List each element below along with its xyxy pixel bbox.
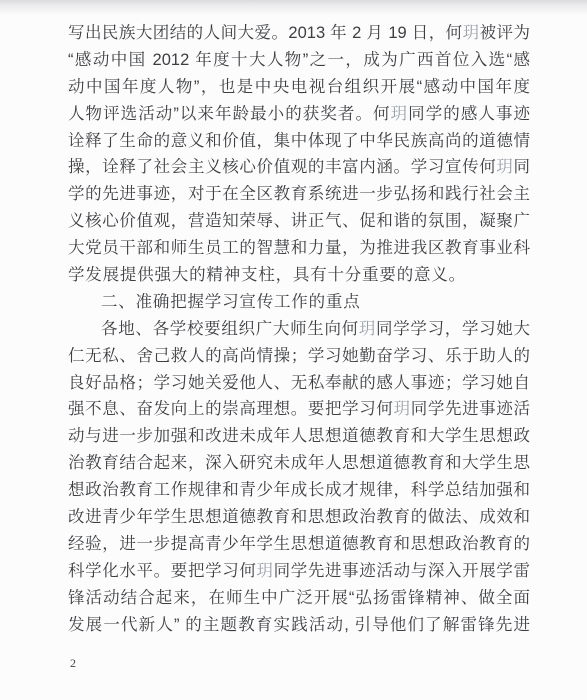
document-lines: 写出民族大团结的人间大爱。2013 年 2 月 19 日，何玥被评为“感动中国 … (68, 20, 530, 638)
faded-character: 玥 (496, 158, 513, 176)
section-heading: 二、准确把握学习宣传工作的重点 (68, 289, 530, 316)
text-line: 大党员干部和师生员工的智慧和力量，为推进我区教育事业科 (68, 235, 530, 262)
text-line: 动与进一步加强和改进未成年人思想道德教育和大学生思想政 (68, 423, 530, 450)
text-line: 锋活动结合起来，在师生中广泛开展“弘扬雷锋精神、做全面 (68, 585, 530, 612)
page-top-shadow (0, 0, 587, 15)
text-line: 操，诠释了社会主义核心价值观的丰富内涵。学习宣传何玥同 (68, 154, 530, 181)
text-line: 义核心价值观，营造知荣辱、讲正气、促和谐的氛围，凝聚广 (68, 208, 530, 235)
text-line: 治教育结合起来，深入研究未成年人思想道德教育和大学生思 (68, 450, 530, 477)
faded-character: 玥 (463, 24, 480, 42)
text-line: 仁无私、舍己救人的高尚情操；学习她勤奋学习、乐于助人的 (68, 343, 530, 370)
document-page: { "page": { "number": "2", "background":… (0, 0, 587, 700)
text-line: 科学化水平。要把学习何玥同学先进事迹活动与深入开展学雷 (68, 558, 530, 585)
text-line: 改进青少年学生思想道德教育和思想政治教育的做法、成效和 (68, 504, 530, 531)
text-line: 强不息、奋发向上的崇高理想。要把学习何玥同学先进事迹活 (68, 396, 530, 423)
text-line: 学的先进事迹，对于在全区教育系统进一步弘扬和践行社会主 (68, 181, 530, 208)
text-line: 各地、各学校要组织广大师生向何玥同学学习，学习她大 (68, 316, 530, 343)
text-line: 写出民族大团结的人间大爱。2013 年 2 月 19 日，何玥被评为 (68, 20, 530, 47)
text-line: 经验，进一步提高青少年学生思想道德教育和思想政治教育的 (68, 531, 530, 558)
text-line: “感动中国 2012 年度十大人物”之一，成为广西首位入选“感 (68, 47, 530, 74)
faded-character: 玥 (256, 562, 273, 580)
text-line: 发展一代新人” 的主题教育实践活动, 引导他们了解雷锋先进 (68, 612, 530, 639)
text-line: 良好品格；学习她关爱他人、无私奉献的感人事迹；学习她自 (68, 370, 530, 397)
text-line: 动中国年度人物”，也是中央电视台组织开展“感动中国年度 (68, 74, 530, 101)
faded-character: 玥 (391, 105, 409, 123)
text-line: 人物评选活动”以来年龄最小的获奖者。何玥同学的感人事迹 (68, 101, 530, 128)
document-body: 写出民族大团结的人间大爱。2013 年 2 月 19 日，何玥被评为“感动中国 … (68, 20, 530, 638)
faded-character: 玥 (359, 320, 376, 338)
text-line: 诠释了生命的意义和价值，集中体现了中华民族高尚的道德情 (68, 128, 530, 155)
page-number: 2 (70, 656, 76, 671)
text-line: 学发展提供强大的精神支柱，具有十分重要的意义。 (68, 262, 530, 289)
text-line: 想政治教育工作规律和青少年成长成才规律，科学总结加强和 (68, 477, 530, 504)
faded-character: 玥 (394, 400, 411, 418)
